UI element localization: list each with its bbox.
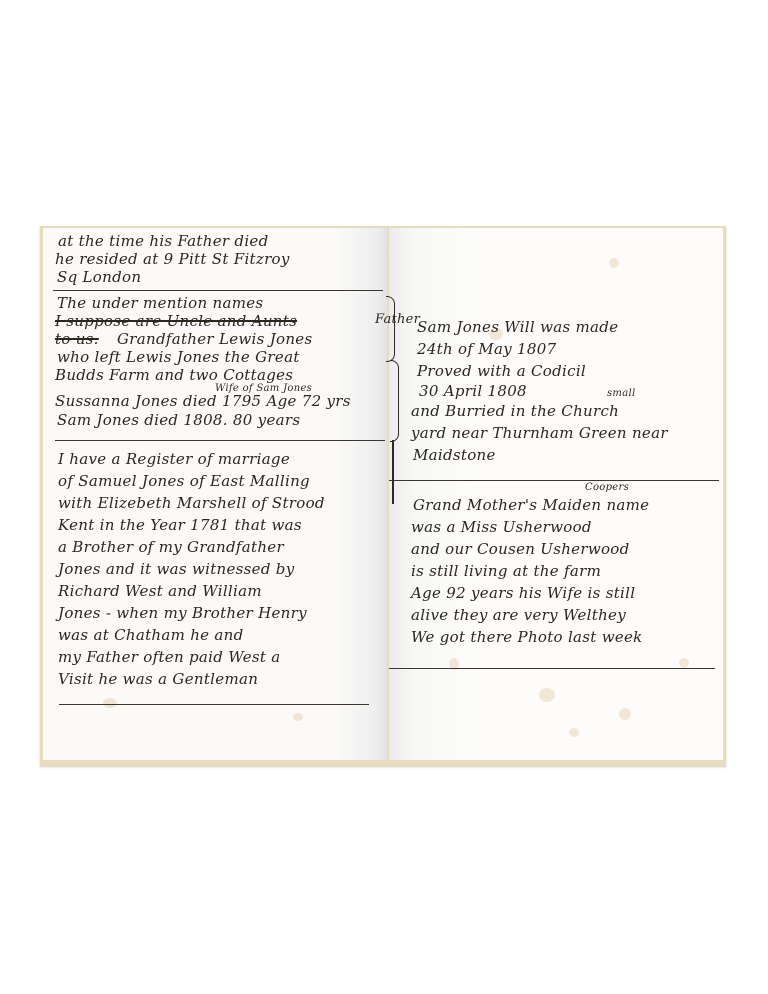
handwritten-line: Visit he was a Gentleman	[58, 670, 258, 688]
handwritten-line: of Samuel Jones of East Malling	[58, 472, 310, 490]
handwritten-line: Kent in the Year 1781 that was	[58, 516, 302, 534]
end-rule	[389, 668, 715, 669]
handwritten-line: is still living at the farm	[411, 562, 601, 580]
divider-rule	[53, 290, 383, 291]
end-rule	[59, 704, 369, 705]
handwritten-line: Grandfather Lewis Jones	[117, 330, 312, 348]
right-page: Sam Jones Will was made 24th of May 1807…	[389, 228, 723, 760]
struck-through-word: to us.	[55, 330, 99, 348]
paper-stain	[679, 658, 689, 668]
margin-note: Father	[375, 312, 420, 327]
handwritten-line: at the time his Father died	[58, 232, 269, 250]
handwritten-line: Age 92 years his Wife is still	[411, 584, 635, 602]
handwritten-line: Maidstone	[413, 446, 496, 464]
handwritten-line: Grand Mother's Maiden name	[413, 496, 649, 514]
handwritten-line: Jones - when my Brother Henry	[58, 604, 307, 622]
bracket-line	[392, 440, 394, 504]
handwritten-line: Budds Farm and two Cottages	[55, 366, 293, 384]
paper-stain	[609, 258, 619, 268]
handwritten-line: Sam Jones Will was made	[417, 318, 618, 336]
handwritten-line: he resided at 9 Pitt St Fitzroy	[55, 250, 290, 268]
paper-stain	[103, 698, 117, 708]
letter-sheet: at the time his Father died he resided a…	[40, 226, 726, 766]
struck-through-line: I suppose are Uncle and Aunts	[55, 312, 297, 330]
paper-stain	[293, 713, 303, 721]
insertion-note: small	[607, 388, 635, 399]
handwritten-line: with Elizebeth Marshell of Strood	[58, 494, 325, 512]
handwritten-line: was at Chatham he and	[58, 626, 244, 644]
handwritten-line: Sussanna Jones died 1795 Age 72 yrs	[55, 392, 351, 410]
handwritten-line: alive they are very Welthey	[411, 606, 626, 624]
handwritten-line: 24th of May 1807	[417, 340, 556, 358]
paper-stain	[539, 688, 555, 702]
insertion-note: Coopers	[585, 482, 629, 493]
handwritten-line: The under mention names	[57, 294, 263, 312]
handwritten-line: Sam Jones died 1808. 80 years	[57, 411, 300, 429]
handwritten-line: who left Lewis Jones the Great	[57, 348, 300, 366]
handwritten-line: my Father often paid West a	[58, 648, 281, 666]
handwritten-line: Proved with a Codicil	[417, 362, 586, 380]
left-page: at the time his Father died he resided a…	[43, 228, 387, 760]
brace-upper	[386, 296, 395, 362]
handwritten-line: Jones and it was witnessed by	[58, 560, 294, 578]
handwritten-line: Richard West and William	[58, 582, 262, 600]
handwritten-line: and our Cousen Usherwood	[411, 540, 630, 558]
paper-stain	[569, 728, 579, 737]
handwritten-line: Sq London	[57, 268, 141, 286]
handwritten-line: a Brother of my Grandfather	[58, 538, 284, 556]
handwritten-line: I have a Register of marriage	[58, 450, 290, 468]
handwritten-line: 30 April 1808	[419, 382, 527, 400]
divider-rule	[389, 480, 719, 481]
divider-rule	[55, 440, 385, 441]
handwritten-line: was a Miss Usherwood	[411, 518, 592, 536]
handwritten-line: and Burried in the Church	[411, 402, 619, 420]
brace-middle	[390, 360, 399, 442]
handwritten-line: We got there Photo last week	[411, 628, 643, 646]
handwritten-line: yard near Thurnham Green near	[411, 424, 668, 442]
paper-stain	[619, 708, 631, 720]
